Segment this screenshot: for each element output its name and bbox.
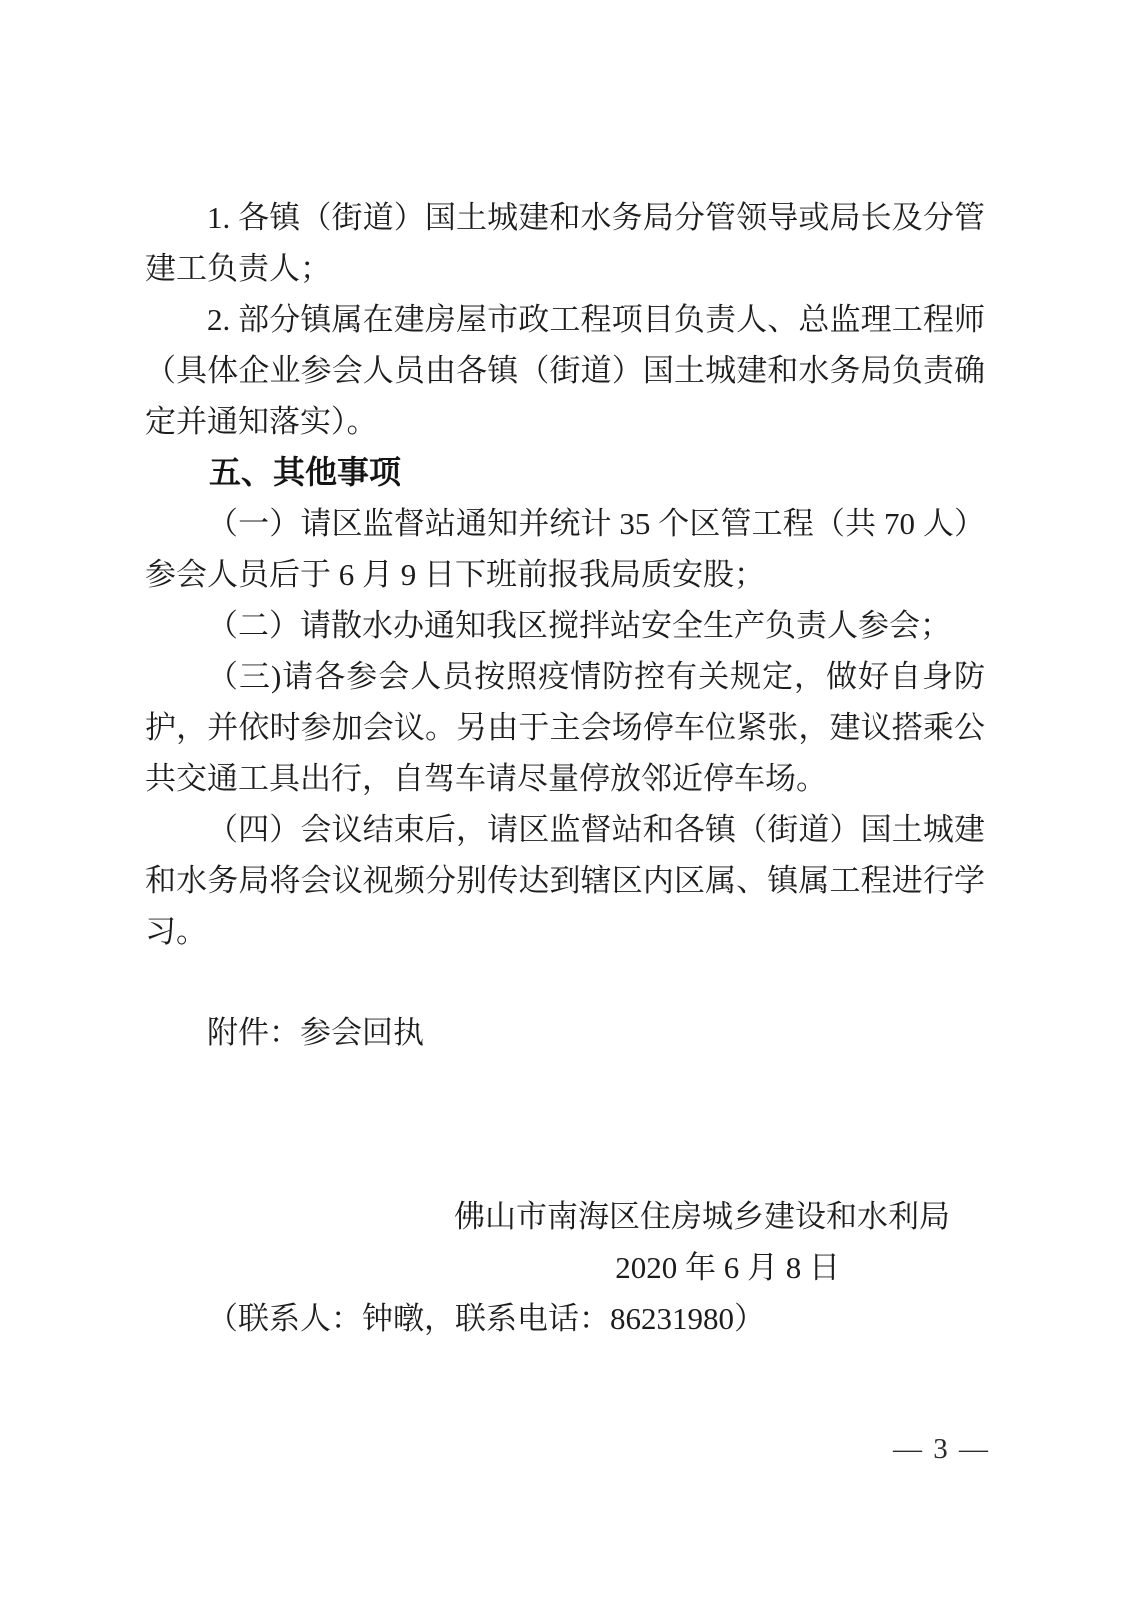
issuer-name: 佛山市南海区住房城乡建设和水利局	[145, 1191, 950, 1242]
section-item-2: （二）请散水办通知我区搅拌站安全生产负责人参会；	[145, 600, 985, 651]
issue-date: 2020 年 6 月 8 日	[145, 1242, 840, 1293]
section-item-4: （四）会议结束后，请区监督站和各镇（街道）国土城建和水务局将会议视频分别传达到辖…	[145, 804, 985, 957]
contact-line: （联系人：钟暾，联系电话：86231980）	[145, 1293, 985, 1344]
document-page: 1. 各镇（街道）国土城建和水务局分管领导或局长及分管建工负责人； 2. 部分镇…	[0, 0, 1131, 1600]
numbered-item-1: 1. 各镇（街道）国土城建和水务局分管领导或局长及分管建工负责人；	[145, 192, 985, 294]
section-item-1: （一）请区监督站通知并统计 35 个区管工程（共 70 人）参会人员后于 6 月…	[145, 498, 985, 600]
section-item-3: （三)请各参会人员按照疫情防控有关规定，做好自身防护，并依时参加会议。另由于主会…	[145, 651, 985, 804]
numbered-item-2: 2. 部分镇属在建房屋市政工程项目负责人、总监理工程师（具体企业参会人员由各镇（…	[145, 294, 985, 447]
attachment-line: 附件：参会回执	[145, 1007, 985, 1058]
section-heading: 五、其他事项	[145, 447, 985, 498]
page-number: — 3 —	[893, 1432, 990, 1466]
signature-block: 佛山市南海区住房城乡建设和水利局 2020 年 6 月 8 日	[145, 1191, 985, 1293]
